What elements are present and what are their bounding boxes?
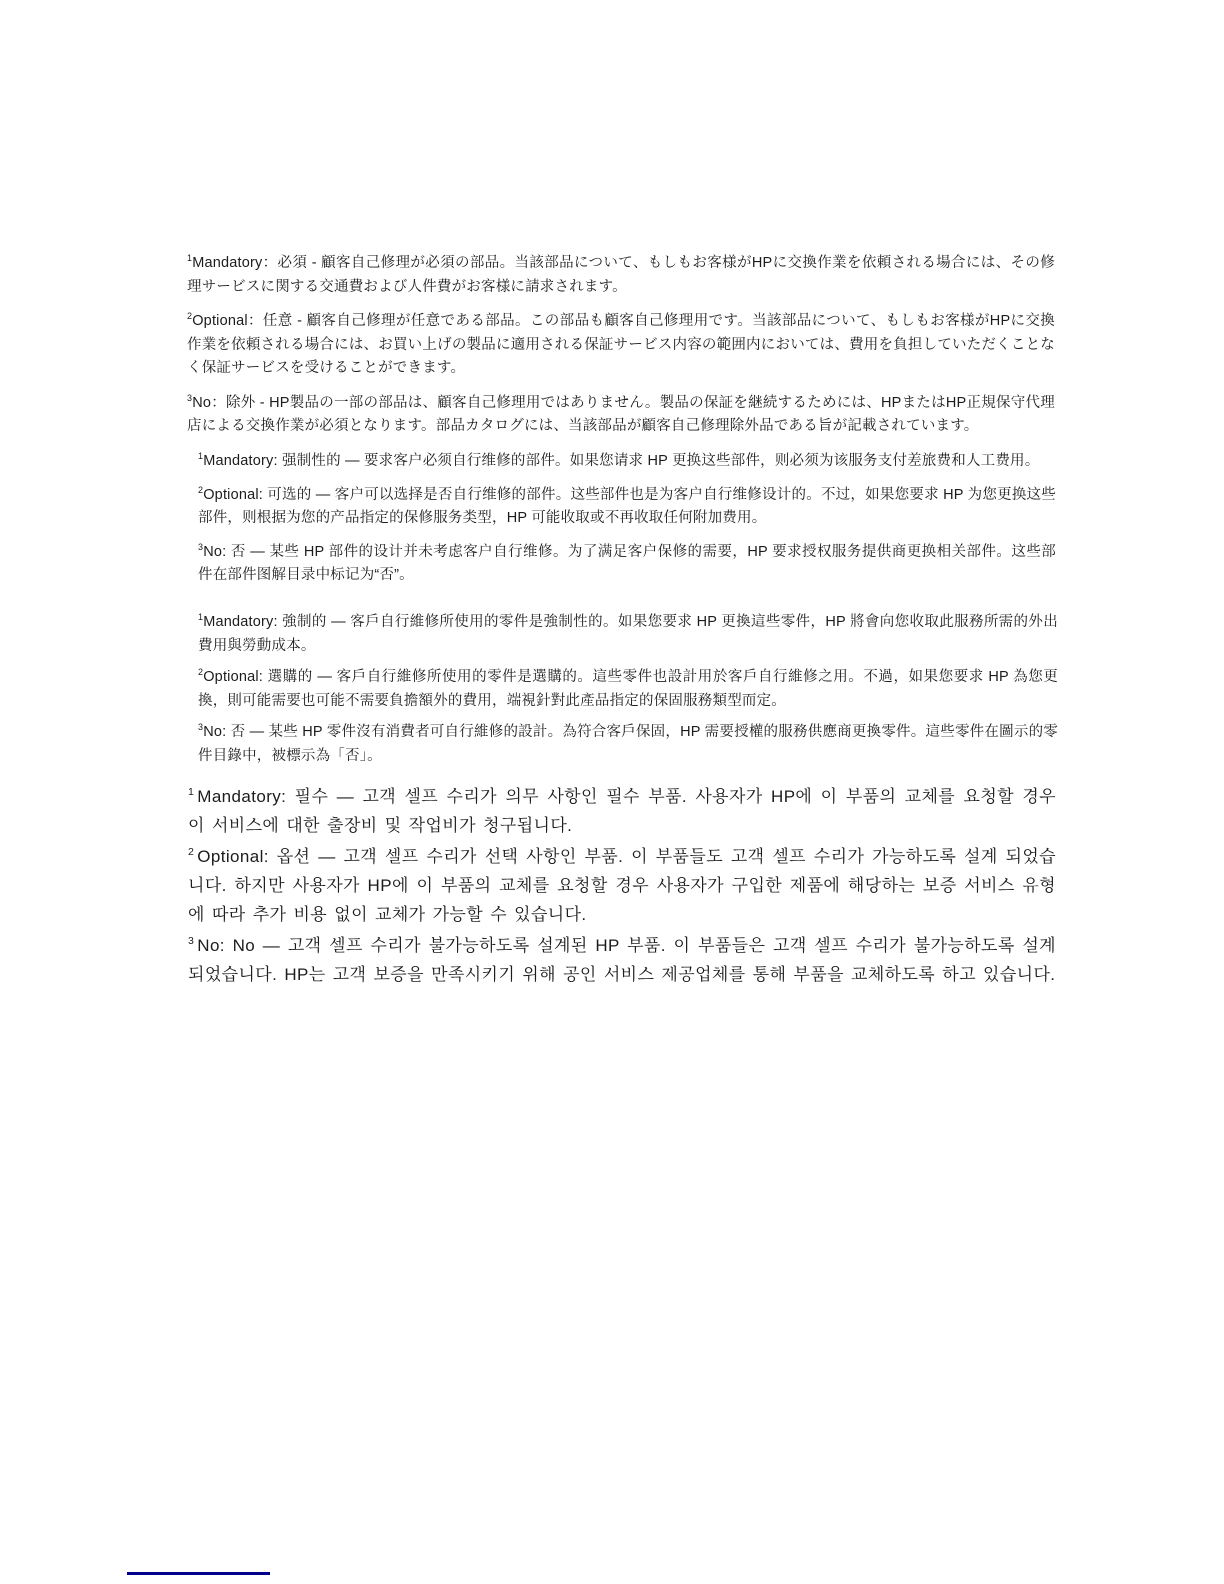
note-text: No: 否 — 某些 HP 部件的设计并未考虑客户自行维修。为了满足客户保修的需… xyxy=(198,544,1056,584)
note-text: Optional：任意 - 顧客自己修理が任意である部品。この部品も顧客自己修理… xyxy=(187,313,1055,376)
note-text: Mandatory: 強制的 — 客戶自行維修所使用的零件是強制性的。如果您要求… xyxy=(198,614,1058,654)
simplified-chinese-notes-section: 1Mandatory: 强制性的 — 要求客户必须自行维修的部件。如果您请求 H… xyxy=(198,450,1056,598)
zhcn-mandatory-note: 1Mandatory: 强制性的 — 要求客户必须自行维修的部件。如果您请求 H… xyxy=(198,450,1056,474)
note-text: No: 否 — 某些 HP 零件沒有消費者可自行維修的設計。為符合客戶保固，HP… xyxy=(198,724,1058,764)
document-page: 1Mandatory：必須 - 顧客自己修理が必須の部品。当該部品について、もし… xyxy=(0,0,1224,1584)
zhcn-no-note: 3No: 否 — 某些 HP 部件的设计并未考虑客户自行维修。为了满足客户保修的… xyxy=(198,541,1056,588)
japanese-notes-section: 1Mandatory：必須 - 顧客自己修理が必須の部品。当該部品について、もし… xyxy=(187,252,1055,450)
note-text: Mandatory: 强制性的 — 要求客户必须自行维修的部件。如果您请求 HP… xyxy=(203,453,1039,469)
zhtw-no-note: 3No: 否 — 某些 HP 零件沒有消費者可自行維修的設計。為符合客戶保固，H… xyxy=(198,720,1058,768)
footnote-number-3: 3 xyxy=(188,935,194,947)
ko-no-note: 3No: No — 고객 셀프 수리가 불가능하도록 설계된 HP 부품. 이 … xyxy=(188,931,1056,989)
note-text: Optional: 選購的 — 客戶自行維修所使用的零件是選購的。這些零件也設計… xyxy=(198,669,1058,709)
ja-optional-note: 2Optional：任意 - 顧客自己修理が任意である部品。この部品も顧客自己修… xyxy=(187,310,1055,381)
note-text: No: No — 고객 셀프 수리가 불가능하도록 설계된 HP 부품. 이 부… xyxy=(188,936,1056,984)
footnote-number-2: 2 xyxy=(188,846,194,858)
note-text: No：除外 - HP製品の一部の部品は、顧客自己修理用ではありません。製品の保証… xyxy=(187,395,1055,435)
ja-no-note: 3No：除外 - HP製品の一部の部品は、顧客自己修理用ではありません。製品の保… xyxy=(187,392,1055,439)
note-text: Optional: 可选的 — 客户可以选择是否自行维修的部件。这些部件也是为客… xyxy=(198,487,1056,527)
ja-mandatory-note: 1Mandatory：必須 - 顧客自己修理が必須の部品。当該部品について、もし… xyxy=(187,252,1055,299)
note-text: Mandatory: 필수 — 고객 셀프 수리가 의무 사항인 필수 부품. … xyxy=(188,787,1056,835)
note-text: Optional: 옵션 — 고객 셀프 수리가 선택 사항인 부품. 이 부품… xyxy=(188,847,1056,924)
korean-notes-section: 1Mandatory: 필수 — 고객 셀프 수리가 의무 사항인 필수 부품.… xyxy=(188,782,1056,991)
zhtw-optional-note: 2Optional: 選購的 — 客戶自行維修所使用的零件是選購的。這些零件也設… xyxy=(198,665,1058,713)
footer-divider-rule xyxy=(127,1572,270,1575)
zhtw-mandatory-note: 1Mandatory: 強制的 — 客戶自行維修所使用的零件是強制性的。如果您要… xyxy=(198,610,1058,658)
ko-optional-note: 2Optional: 옵션 — 고객 셀프 수리가 선택 사항인 부품. 이 부… xyxy=(188,842,1056,929)
zhcn-optional-note: 2Optional: 可选的 — 客户可以选择是否自行维修的部件。这些部件也是为… xyxy=(198,484,1056,531)
traditional-chinese-notes-section: 1Mandatory: 強制的 — 客戶自行維修所使用的零件是強制性的。如果您要… xyxy=(198,610,1058,775)
ko-mandatory-note: 1Mandatory: 필수 — 고객 셀프 수리가 의무 사항인 필수 부품.… xyxy=(188,782,1056,840)
note-text: Mandatory：必須 - 顧客自己修理が必須の部品。当該部品について、もしも… xyxy=(187,255,1055,295)
footnote-number-1: 1 xyxy=(188,786,194,798)
